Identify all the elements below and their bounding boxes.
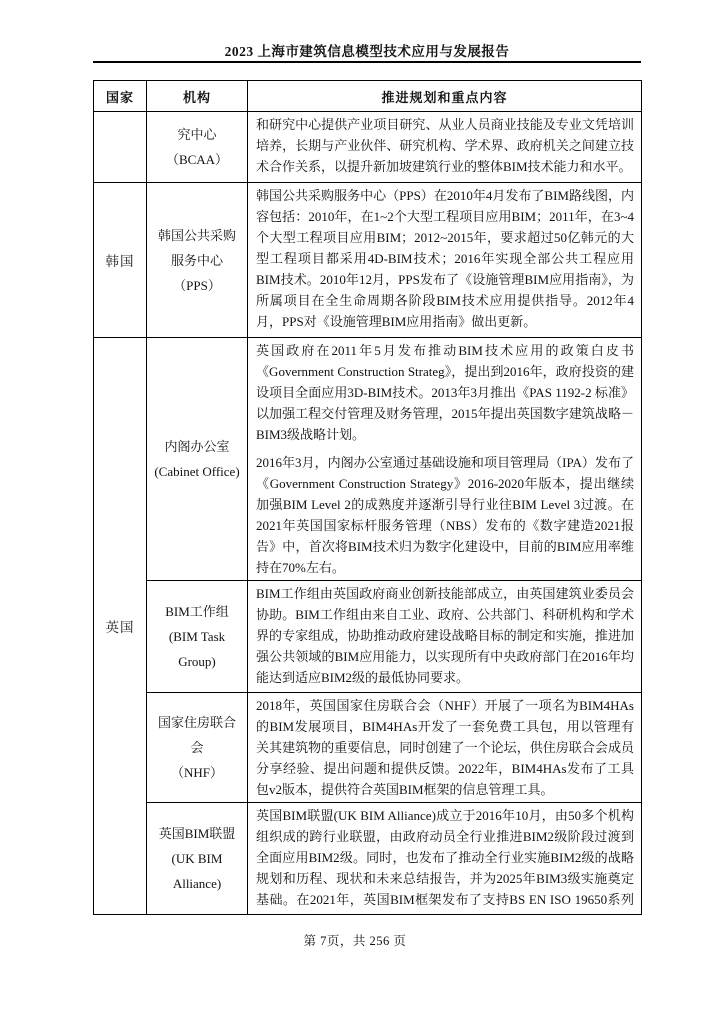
content-paragraph: 和研究中心提供产业项目研究、从业人员商业技能及专业文凭培训培养，长期与产业伙伴、…: [256, 114, 634, 177]
org-line: (Cabinet Office): [147, 459, 247, 484]
org-line: 服务中心: [147, 248, 247, 273]
org-cell: 究中心 （BCAA）: [147, 112, 248, 183]
org-cell: 韩国公共采购 服务中心 （PPS）: [147, 183, 248, 338]
table-row: 国家住房联合 会 （NHF） 2018年，英国国家住房联合会（NHF）开展了一项…: [94, 693, 642, 803]
table-row: BIM工作组 (BIM Task Group) BIM工作组由英国政府商业创新技…: [94, 581, 642, 693]
org-line: BIM工作组: [147, 599, 247, 624]
org-line: Alliance): [147, 871, 247, 896]
header-divider: [93, 61, 641, 63]
table-row: 英国BIM联盟 (UK BIM Alliance) 英国BIM联盟(UK BIM…: [94, 803, 642, 915]
country-cell: [94, 112, 147, 183]
country-cell: 韩国: [94, 183, 147, 338]
col-header-organization: 机构: [147, 81, 248, 112]
content-cell: 和研究中心提供产业项目研究、从业人员商业技能及专业文凭培训培养，长期与产业伙伴、…: [248, 112, 642, 183]
content-cell: 2018年，英国国家住房联合会（NHF）开展了一项名为BIM4HAs的BIM发展…: [248, 693, 642, 803]
org-line: （PPS）: [147, 273, 247, 298]
org-line: 英国BIM联盟: [147, 821, 247, 846]
table-row: 英国 内阁办公室 (Cabinet Office) 英国政府在2011年5月发布…: [94, 338, 642, 581]
col-header-country: 国家: [94, 81, 147, 112]
bim-policy-table: 国家 机构 推进规划和重点内容 究中心 （BCAA） 和研究中心提供产业项目研究…: [93, 80, 642, 915]
org-cell: BIM工作组 (BIM Task Group): [147, 581, 248, 693]
table-row: 韩国 韩国公共采购 服务中心 （PPS） 韩国公共采购服务中心（PPS）在201…: [94, 183, 642, 338]
content-cell: 英国BIM联盟(UK BIM Alliance)成立于2016年10月，由50多…: [248, 803, 642, 915]
org-cell: 英国BIM联盟 (UK BIM Alliance): [147, 803, 248, 915]
col-header-content: 推进规划和重点内容: [248, 81, 642, 112]
org-line: 究中心: [147, 122, 247, 147]
org-line: 韩国公共采购: [147, 223, 247, 248]
org-line: (BIM Task: [147, 624, 247, 649]
org-line: （BCAA）: [147, 147, 247, 172]
org-line: 国家住房联合: [147, 710, 247, 735]
org-cell: 内阁办公室 (Cabinet Office): [147, 338, 248, 581]
org-line: (UK BIM: [147, 846, 247, 871]
content-paragraph: 2016年3月，内阁办公室通过基础设施和项目管理局（IPA）发布了《Govern…: [256, 452, 634, 578]
content-cell: 英国政府在2011年5月发布推动BIM技术应用的政策白皮书《Government…: [248, 338, 642, 581]
content-cell: 韩国公共采购服务中心（PPS）在2010年4月发布了BIM路线图，内容包括：20…: [248, 183, 642, 338]
org-line: 内阁办公室: [147, 434, 247, 459]
org-line: Group): [147, 649, 247, 674]
clipped-text-region: 英国BIM联盟(UK BIM Alliance)成立于2016年10月，由50多…: [256, 805, 634, 911]
org-line: 会: [147, 735, 247, 760]
content-paragraph: 英国政府在2011年5月发布推动BIM技术应用的政策白皮书《Government…: [256, 340, 634, 445]
document-page: 2023 上海市建筑信息模型技术应用与发展报告 国家 机构 推进规划和重点内容 …: [0, 0, 710, 1013]
page-number: 第 7页，共 256 页: [0, 931, 710, 949]
content-paragraph: 2018年，英国国家住房联合会（NHF）开展了一项名为BIM4HAs的BIM发展…: [256, 695, 634, 800]
org-line: （NHF）: [147, 760, 247, 785]
country-cell: 英国: [94, 338, 147, 915]
content-paragraph: 韩国公共采购服务中心（PPS）在2010年4月发布了BIM路线图，内容包括：20…: [256, 185, 634, 332]
table-header-row: 国家 机构 推进规划和重点内容: [94, 81, 642, 112]
org-cell: 国家住房联合 会 （NHF）: [147, 693, 248, 803]
content-paragraph: 英国BIM联盟(UK BIM Alliance)成立于2016年10月，由50多…: [256, 805, 634, 911]
table-row: 究中心 （BCAA） 和研究中心提供产业项目研究、从业人员商业技能及专业文凭培训…: [94, 112, 642, 183]
report-header-title: 2023 上海市建筑信息模型技术应用与发展报告: [93, 40, 641, 60]
content-paragraph: BIM工作组由英国政府商业创新技能部成立，由英国建筑业委员会协助。BIM工作组由…: [256, 583, 634, 688]
content-cell: BIM工作组由英国政府商业创新技能部成立，由英国建筑业委员会协助。BIM工作组由…: [248, 581, 642, 693]
